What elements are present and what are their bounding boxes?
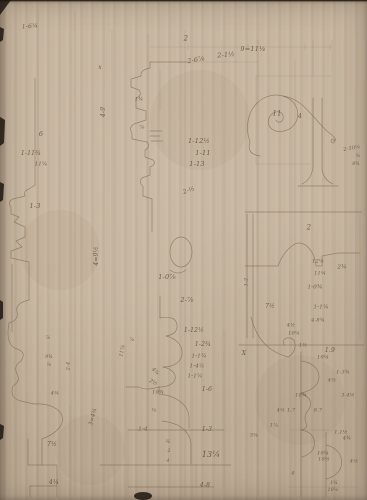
measurement-annotation: 2-10¼ <box>343 145 361 153</box>
measurement-annotation: 1-1¼ <box>192 354 207 360</box>
measurement-annotation: ⅞ <box>139 126 144 131</box>
measurement-annotation: 4½ <box>328 379 336 384</box>
measurement-annotation: ⅞ <box>130 339 135 344</box>
measurement-annotation: 10½ <box>318 458 330 463</box>
measurement-annotation: 1-2 <box>245 278 250 287</box>
measurement-annotation: 1-3 <box>29 203 40 210</box>
measurement-annotation: 4 <box>298 114 302 120</box>
measurement-annotation: ⅜ <box>47 364 52 369</box>
measurement-annotation: 3-4½ <box>341 394 355 399</box>
measurement-annotation: 3=4¾ <box>89 408 99 427</box>
measurement-annotation: 11¼ <box>35 162 48 168</box>
measurement-annotation: 1-3 <box>202 427 212 433</box>
measurement-annotation: 9¾ <box>45 356 53 361</box>
measurement-annotation: 2 <box>184 36 189 43</box>
measurement-annotation: 1-13 <box>189 161 204 168</box>
measurement-annotation: 10¾ <box>152 391 164 396</box>
measurement-annotation: 4=9½ <box>94 246 100 265</box>
measurement-annotation: 1-6 <box>202 387 212 393</box>
measurement-annotation: 1-3¾ <box>336 371 350 376</box>
measurement-annotation: 2½ <box>148 379 158 388</box>
measurement-annotation: 2-⅞ <box>180 297 193 304</box>
measurement-annotation: 7½ <box>47 442 57 448</box>
measurement-annotation: 4½ <box>287 324 295 329</box>
measurement-annotation: 13¼ <box>202 451 221 459</box>
measurement-annotation: 4-8¾ <box>311 319 325 324</box>
measurement-annotation: ⅞ <box>46 337 51 342</box>
measurement-annotation: 4¼ <box>49 480 59 486</box>
measurement-annotation: 2¾ <box>337 265 346 271</box>
measurement-annotation: 1-4½ <box>190 364 205 370</box>
measurement-annotation: 10¼ <box>317 356 329 361</box>
measurement-annotation: 1-11¾ <box>21 151 41 157</box>
measurement-annotation: 1-0¾ <box>308 285 323 291</box>
measurement-annotation: X <box>242 351 246 357</box>
measurement-annotation: ⅜ <box>356 155 361 160</box>
measurement-annotation: 1-1¼ <box>188 374 203 380</box>
measurement-annotations-layer: 1-6¼22-6⅞2-1½9=11¼x61-11¾11¼1-34-91¾⅞1-1… <box>0 0 367 500</box>
measurement-annotation: 4½ <box>350 460 358 465</box>
measurement-annotation: 2-1½ <box>217 51 235 59</box>
measurement-annotation: 3⅛ <box>250 434 258 439</box>
measurement-annotation: 4¼ <box>51 392 59 397</box>
measurement-annotation: 1-2¾ <box>195 342 211 348</box>
measurement-annotation: 2 <box>307 225 312 232</box>
measurement-annotation: 4¾ <box>150 367 160 376</box>
measurement-annotation: 4¾ <box>343 437 351 442</box>
measurement-annotation: 1¼ <box>330 482 338 487</box>
measurement-annotation: x <box>98 65 102 71</box>
measurement-annotation: 1-1¼ <box>314 305 329 311</box>
measurement-annotation: 1¾ <box>135 98 143 103</box>
measurement-annotation: 4 <box>291 472 294 477</box>
measurement-annotation: 4-9 <box>101 107 107 117</box>
measurement-annotation: 1½ <box>299 344 307 349</box>
measurement-annotation: 10¼ <box>288 332 300 337</box>
measurement-annotation: 4 <box>166 460 169 465</box>
measurement-annotation: ⅛ <box>151 409 156 414</box>
measurement-annotation: 2-4 <box>67 362 72 371</box>
measurement-annotation: 2-6⅞ <box>187 55 205 64</box>
measurement-annotation: 1⅞ <box>270 424 278 429</box>
measurement-annotation: 11 <box>272 111 281 118</box>
measurement-annotation: 1-11 <box>195 150 210 157</box>
measurement-annotation: 8.7 <box>314 409 323 414</box>
measurement-annotation: ¾ <box>166 441 171 446</box>
measurement-annotation: 1-12½ <box>184 328 204 334</box>
measurement-annotation: 1-12½ <box>188 138 210 145</box>
measurement-annotation: 12¼ <box>312 260 324 265</box>
measurement-annotation: 9=11¼ <box>240 46 265 53</box>
measurement-annotation: 11¼ <box>314 272 326 277</box>
measurement-annotation: 10¼ <box>328 489 339 494</box>
measurement-annotation: 4-8 <box>200 483 210 489</box>
scanned-drawing-page: 1-6¼22-6⅞2-1½9=11¼x61-11¾11¼1-34-91¾⅞1-1… <box>0 0 367 500</box>
measurement-annotation: 1-6¼ <box>22 23 39 30</box>
measurement-annotation: 8¾ <box>352 163 360 168</box>
measurement-annotation: 1-0⅞ <box>158 274 176 281</box>
measurement-annotation: 1-4 <box>138 427 147 433</box>
measurement-annotation: 7½ <box>265 304 275 310</box>
measurement-annotation: 2 <box>167 450 170 455</box>
measurement-annotation: 4½ 1.7 <box>277 409 296 414</box>
measurement-annotation: 10¾ <box>295 394 307 399</box>
measurement-annotation: 11⅞ <box>120 345 127 358</box>
measurement-annotation: 1.9 <box>325 348 335 354</box>
measurement-annotation: 2-½ <box>182 186 196 196</box>
measurement-annotation: 6 <box>39 131 43 138</box>
